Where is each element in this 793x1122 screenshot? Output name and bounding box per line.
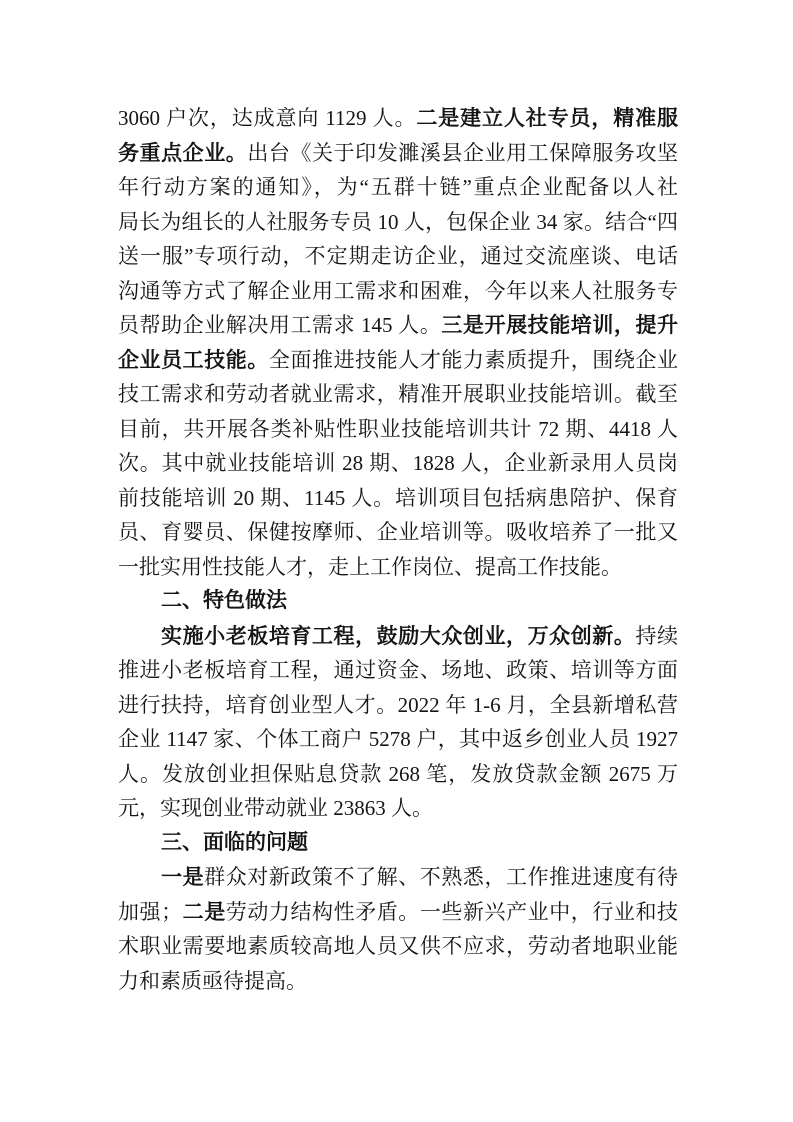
document-body: 3060 户次，达成意向 1129 人。二是建立人社专员，精准服务重点企业。出台… — [118, 101, 678, 998]
text-line: 推进小老板培育工程，通过资金、场地、政策、培训等方面 — [118, 653, 678, 688]
text-segment: 元，实现创业带动就业 23863 人。 — [118, 796, 433, 820]
text-line: 进行扶持，培育创业型人才。2022 年 1-6 月，全县新增私营 — [118, 688, 678, 723]
text-line: 前技能培训 20 期、1145 人。培训项目包括病患陪护、保育 — [118, 481, 678, 516]
text-segment: 次。其中就业技能培训 28 期、1828 人，企业新录用人员岗 — [118, 451, 678, 475]
text-segment: 局长为组长的人社服务专员 10 人，包保企业 34 家。结合“四 — [118, 210, 678, 234]
text-segment: 力和素质亟待提高。 — [118, 969, 307, 993]
text-segment: 术职业需要地素质较高地人员又供不应求，劳动者地职业能 — [118, 934, 678, 958]
text-line: 年行动方案的通知》，为“五群十链”重点企业配备以人社 — [118, 170, 678, 205]
text-segment: 务重点企业。 — [118, 141, 247, 165]
text-line: 人。发放创业担保贴息贷款 268 笔，发放贷款金额 2675 万 — [118, 757, 678, 792]
text-line: 局长为组长的人社服务专员 10 人，包保企业 34 家。结合“四 — [118, 205, 678, 240]
text-segment: 进行扶持，培育创业型人才。2022 年 1-6 月，全县新增私营 — [118, 693, 678, 717]
text-segment: 二是 — [182, 900, 226, 924]
document-page: 3060 户次，达成意向 1129 人。二是建立人社专员，精准服务重点企业。出台… — [0, 0, 793, 1122]
text-segment: 前技能培训 20 期、1145 人。培训项目包括病患陪护、保育 — [118, 486, 678, 510]
text-segment: 一批实用性技能人才，走上工作岗位、提高工作技能。 — [118, 555, 622, 579]
text-line: 术职业需要地素质较高地人员又供不应求，劳动者地职业能 — [118, 929, 678, 964]
text-segment: 年行动方案的通知》，为“五群十链”重点企业配备以人社 — [118, 175, 678, 199]
text-line: 元，实现创业带动就业 23863 人。 — [118, 791, 678, 826]
text-segment: 二是建立人社专员，精准服 — [416, 106, 678, 130]
text-line: 务重点企业。出台《关于印发濉溪县企业用工保障服务攻坚 — [118, 136, 678, 171]
section-heading: 三、面临的问题 — [118, 826, 678, 861]
text-line: 一批实用性技能人才，走上工作岗位、提高工作技能。 — [118, 550, 678, 585]
text-segment: 加强； — [118, 900, 182, 924]
text-segment: 三、面临的问题 — [161, 831, 308, 854]
text-line: 3060 户次，达成意向 1129 人。二是建立人社专员，精准服 — [118, 101, 678, 136]
text-line: 员、育婴员、保健按摩师、企业培训等。吸收培养了一批又 — [118, 515, 678, 550]
text-segment: 一是 — [161, 865, 204, 889]
text-segment: 群众对新政策不了解、不熟悉，工作推进速度有待 — [204, 865, 678, 889]
text-segment: 二、特色做法 — [161, 589, 287, 612]
text-segment: 沟通等方式了解企业用工需求和困难，今年以来人社服务专 — [118, 279, 678, 303]
text-segment: 企业员工技能。 — [118, 348, 269, 372]
text-line: 力和素质亟待提高。 — [118, 964, 678, 999]
section-heading: 二、特色做法 — [118, 584, 678, 619]
text-line: 实施小老板培育工程，鼓励大众创业，万众创新。持续 — [118, 619, 678, 654]
text-segment: 送一服”专项行动，不定期走访企业，通过交流座谈、电话 — [118, 244, 678, 268]
text-segment: 劳动力结构性矛盾。一些新兴产业中，行业和技 — [226, 900, 678, 924]
text-segment: 推进小老板培育工程，通过资金、场地、政策、培训等方面 — [118, 658, 678, 682]
text-line: 企业员工技能。全面推进技能人才能力素质提升，围绕企业 — [118, 343, 678, 378]
text-segment: 人。发放创业担保贴息贷款 268 笔，发放贷款金额 2675 万 — [118, 762, 678, 786]
text-line: 送一服”专项行动，不定期走访企业，通过交流座谈、电话 — [118, 239, 678, 274]
text-segment: 企业 1147 家、个体工商户 5278 户，其中返乡创业人员 1927 — [118, 727, 678, 751]
text-line: 技工需求和劳动者就业需求，精准开展职业技能培训。截至 — [118, 377, 678, 412]
text-segment: 三是开展技能培训，提升 — [441, 313, 678, 337]
text-line: 企业 1147 家、个体工商户 5278 户，其中返乡创业人员 1927 — [118, 722, 678, 757]
text-segment: 员帮助企业解决用工需求 145 人。 — [118, 313, 441, 337]
text-segment: 员、育婴员、保健按摩师、企业培训等。吸收培养了一批又 — [118, 520, 678, 544]
text-segment: 出台《关于印发濉溪县企业用工保障服务攻坚 — [247, 141, 678, 165]
text-segment: 全面推进技能人才能力素质提升，围绕企业 — [269, 348, 678, 372]
text-segment: 实施小老板培育工程，鼓励大众创业，万众创新。 — [161, 624, 635, 648]
text-line: 员帮助企业解决用工需求 145 人。三是开展技能培训，提升 — [118, 308, 678, 343]
text-segment: 目前，共开展各类补贴性职业技能培训共计 72 期、4418 人 — [118, 417, 678, 441]
text-line: 加强；二是劳动力结构性矛盾。一些新兴产业中，行业和技 — [118, 895, 678, 930]
text-line: 目前，共开展各类补贴性职业技能培训共计 72 期、4418 人 — [118, 412, 678, 447]
text-line: 沟通等方式了解企业用工需求和困难，今年以来人社服务专 — [118, 274, 678, 309]
text-line: 一是群众对新政策不了解、不熟悉，工作推进速度有待 — [118, 860, 678, 895]
text-segment: 持续 — [635, 624, 678, 648]
text-segment: 3060 户次，达成意向 1129 人。 — [118, 106, 416, 130]
text-line: 次。其中就业技能培训 28 期、1828 人，企业新录用人员岗 — [118, 446, 678, 481]
text-segment: 技工需求和劳动者就业需求，精准开展职业技能培训。截至 — [118, 382, 678, 406]
